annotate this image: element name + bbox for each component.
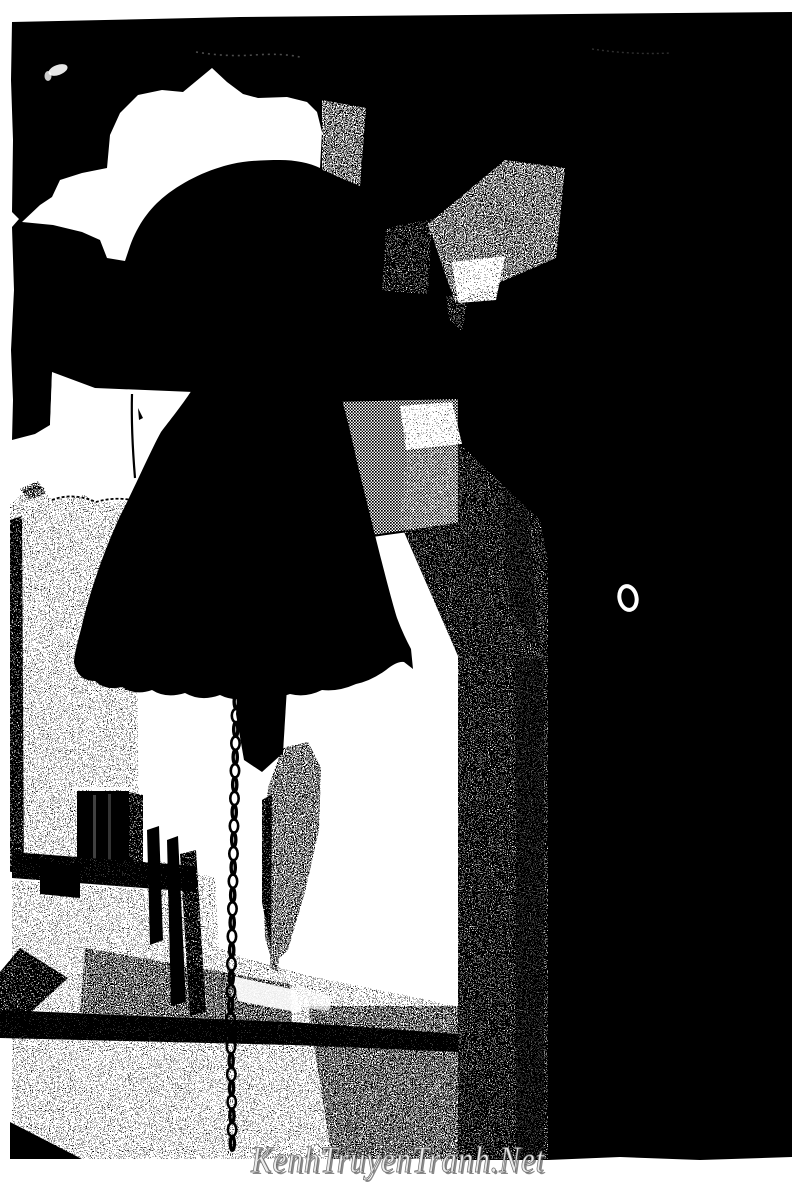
bell-photo-panel: KenhTruyenTranh.Net KenhTruyenTranh.Net <box>0 0 800 1197</box>
watermark-text: KenhTruyenTranh.Net <box>250 1140 545 1181</box>
film-grain <box>12 14 792 1159</box>
manga-page: KenhTruyenTranh.Net KenhTruyenTranh.Net <box>0 0 800 1197</box>
watermark: KenhTruyenTranh.Net KenhTruyenTranh.Net <box>250 1140 547 1183</box>
